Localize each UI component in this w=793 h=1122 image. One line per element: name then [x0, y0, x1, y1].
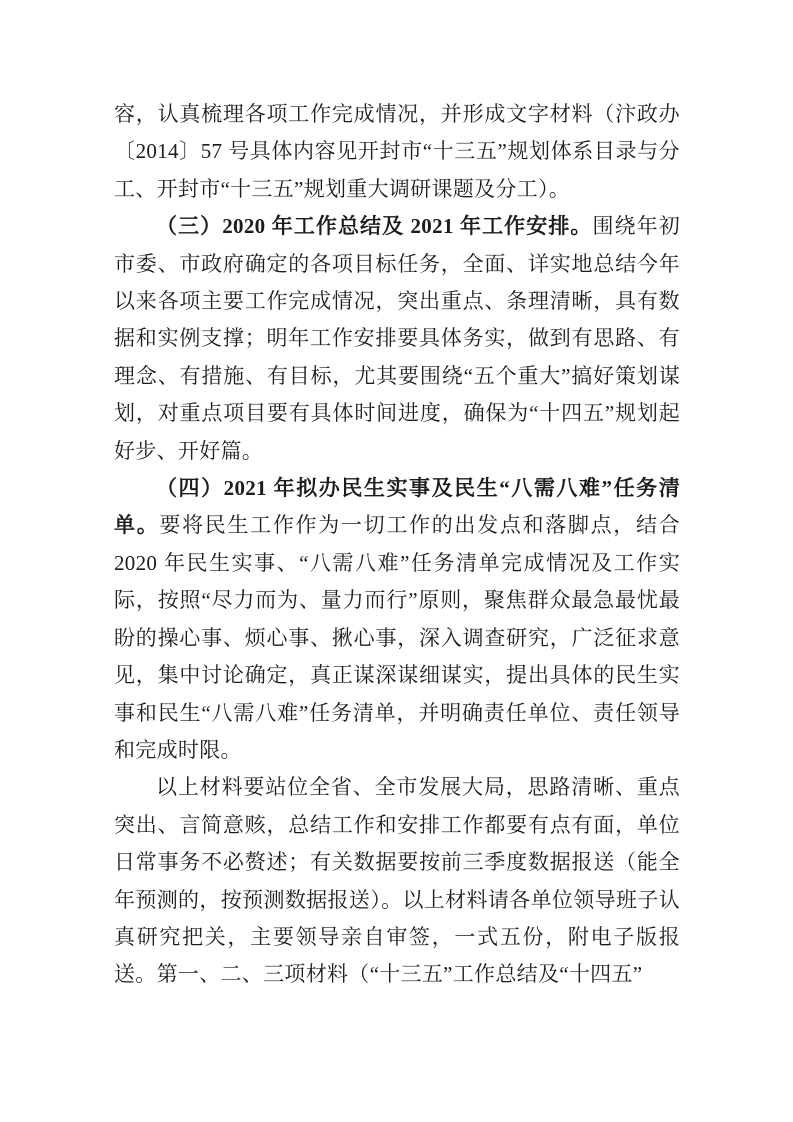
paragraph-section-4: （四）2021 年拟办民生实事及民生“八需八难”任务清单。要将民生工作作为一切工…: [114, 470, 680, 769]
paragraph-closing: 以上材料要站位全省、全市发展大局，思路清晰、重点突出、言简意赅，总结工作和安排工…: [114, 769, 680, 993]
document-body: 容，认真梳理各项工作完成情况，并形成文字材料（汴政办〔2014〕57 号具体内容…: [114, 96, 680, 994]
paragraph-section-3: （三）2020 年工作总结及 2021 年工作安排。围绕年初市委、市政府确定的各…: [114, 208, 680, 470]
paragraph-text: 以上材料要站位全省、全市发展大局，思路清晰、重点突出、言简意赅，总结工作和安排工…: [114, 775, 680, 986]
paragraph-text: 围绕年初市委、市政府确定的各项目标任务，全面、详实地总结今年以来各项主要工作完成…: [114, 214, 680, 462]
section-heading: （三）2020 年工作总结及 2021 年工作安排。: [156, 214, 592, 238]
paragraph-continuation: 容，认真梳理各项工作完成情况，并形成文字材料（汴政办〔2014〕57 号具体内容…: [114, 96, 680, 208]
document-page: 容，认真梳理各项工作完成情况，并形成文字材料（汴政办〔2014〕57 号具体内容…: [0, 0, 793, 1122]
paragraph-text: 容，认真梳理各项工作完成情况，并形成文字材料（汴政办〔2014〕57 号具体内容…: [114, 102, 680, 201]
paragraph-text: 要将民生工作作为一切工作的出发点和落脚点，结合 2020 年民生实事、“八需八难…: [114, 513, 680, 761]
